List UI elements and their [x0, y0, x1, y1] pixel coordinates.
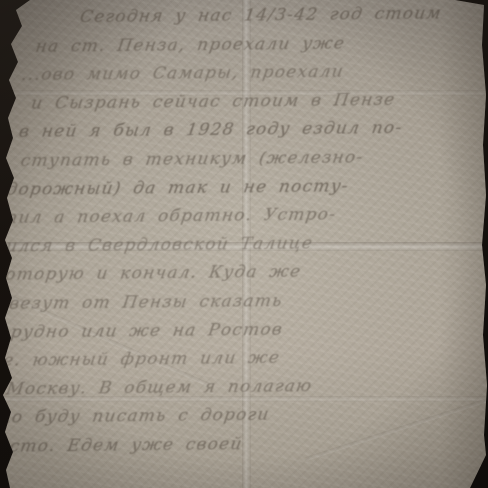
handwriting-line: трудно или же на Ростов — [0, 314, 436, 347]
handwriting-line: ился в Свердловской Талице — [4, 228, 449, 261]
handwriting-line: Сегодня у нас 14/3-42 год стоим — [78, 0, 483, 32]
handwriting-line: что буду писать с дороги — [0, 400, 424, 433]
letter-paper: Сегодня у нас 14/3-42 год стоим на ст. П… — [0, 0, 488, 488]
handwriting-text: Сегодня у нас 14/3-42 год стоим на ст. П… — [0, 0, 483, 488]
handwriting-line: ступать в техникум (железно- — [19, 142, 462, 175]
letter-photo: Сегодня у нас 14/3-42 год стоим на ст. П… — [0, 0, 488, 488]
handwriting-line: и Сызрань сейчас стоим в Пензе — [29, 85, 470, 118]
handwriting-line: часто. Едем уже своей — [0, 428, 419, 461]
handwriting-line: на ст. Пенза, проехали уже — [34, 28, 479, 61]
